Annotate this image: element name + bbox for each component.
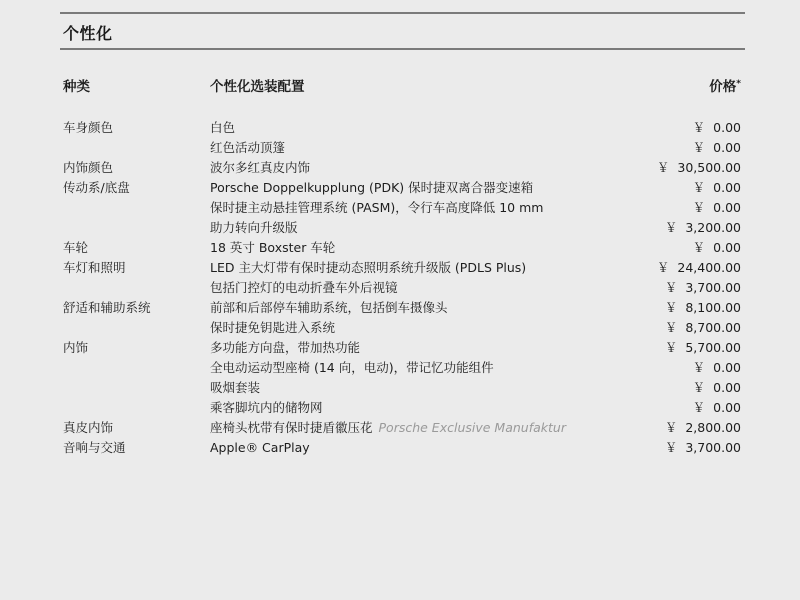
table-row: 内饰多功能方向盘，带加热功能￥5,700.00	[63, 338, 743, 358]
row-category: 内饰颜色	[63, 158, 113, 178]
row-price: ￥0.00	[693, 178, 741, 198]
row-option: 座椅头枕带有保时捷盾徽压花Porsche Exclusive Manufaktu…	[210, 418, 566, 438]
table-row: 舒适和辅助系统前部和后部停车辅助系统，包括倒车摄像头￥8,100.00	[63, 298, 743, 318]
row-category: 舒适和辅助系统	[63, 298, 151, 318]
table-row: 全电动运动型座椅 (14 向，电动)，带记忆功能组件￥0.00	[63, 358, 743, 378]
table-row: 车身颜色白色￥0.00	[63, 118, 743, 138]
table-row: 红色活动顶篷￥0.00	[63, 138, 743, 158]
row-option-label: 吸烟套装	[210, 380, 260, 395]
row-option-label: 前部和后部停车辅助系统，包括倒车摄像头	[210, 300, 448, 315]
row-price: ￥0.00	[693, 198, 741, 218]
row-price-amount: 0.00	[713, 140, 741, 155]
row-price: ￥5,700.00	[665, 338, 741, 358]
row-option: 白色	[210, 118, 235, 138]
table-row: 助力转向升级版￥3,200.00	[63, 218, 743, 238]
row-category: 音响与交通	[63, 438, 126, 458]
row-option-label: 18 英寸 Boxster 车轮	[210, 240, 335, 255]
price-footnote-mark: *	[736, 79, 741, 89]
row-price: ￥0.00	[693, 238, 741, 258]
row-price-amount: 30,500.00	[677, 160, 741, 175]
row-price-amount: 3,200.00	[685, 220, 741, 235]
section-title: 个性化	[63, 21, 113, 44]
table-row: 包括门控灯的电动折叠车外后视镜￥3,700.00	[63, 278, 743, 298]
yen-currency-icon: ￥	[693, 200, 706, 215]
row-price: ￥0.00	[693, 118, 741, 138]
row-option-label: 白色	[210, 120, 235, 135]
row-option: Porsche Doppelkupplung (PDK) 保时捷双离合器变速箱	[210, 178, 533, 198]
row-price: ￥2,800.00	[665, 418, 741, 438]
row-price-amount: 5,700.00	[685, 340, 741, 355]
row-category: 车灯和照明	[63, 258, 126, 278]
row-option: 包括门控灯的电动折叠车外后视镜	[210, 278, 398, 298]
yen-currency-icon: ￥	[665, 280, 678, 295]
row-price: ￥3,700.00	[665, 278, 741, 298]
top-divider	[60, 12, 745, 14]
row-price-amount: 0.00	[713, 120, 741, 135]
row-price-amount: 3,700.00	[685, 280, 741, 295]
row-option: 多功能方向盘，带加热功能	[210, 338, 360, 358]
table-row: 车轮18 英寸 Boxster 车轮￥0.00	[63, 238, 743, 258]
table-header: 种类 个性化选装配置 价格*	[63, 76, 743, 98]
header-price: 价格*	[709, 76, 741, 98]
table-row: 真皮内饰座椅头枕带有保时捷盾徽压花Porsche Exclusive Manuf…	[63, 418, 743, 438]
row-price: ￥0.00	[693, 378, 741, 398]
table-body: 车身颜色白色￥0.00红色活动顶篷￥0.00内饰颜色波尔多红真皮内饰￥30,50…	[63, 118, 743, 458]
row-price: ￥3,700.00	[665, 438, 741, 458]
row-price: ￥3,200.00	[665, 218, 741, 238]
yen-currency-icon: ￥	[693, 360, 706, 375]
row-option-label: 全电动运动型座椅 (14 向，电动)，带记忆功能组件	[210, 360, 494, 375]
title-divider	[60, 48, 745, 50]
yen-currency-icon: ￥	[657, 160, 670, 175]
table-row: 保时捷免钥匙进入系统￥8,700.00	[63, 318, 743, 338]
row-price: ￥8,700.00	[665, 318, 741, 338]
row-price: ￥8,100.00	[665, 298, 741, 318]
row-price-amount: 24,400.00	[677, 260, 741, 275]
row-option: LED 主大灯带有保时捷动态照明系统升级版 (PDLS Plus)	[210, 258, 526, 278]
yen-currency-icon: ￥	[693, 140, 706, 155]
header-price-label: 价格	[709, 79, 736, 95]
row-option: 助力转向升级版	[210, 218, 298, 238]
row-option: 保时捷主动悬挂管理系统 (PASM)，令行车高度降低 10 mm	[210, 198, 543, 218]
table-row: 内饰颜色波尔多红真皮内饰￥30,500.00	[63, 158, 743, 178]
row-price-amount: 3,700.00	[685, 440, 741, 455]
row-price-amount: 0.00	[713, 400, 741, 415]
row-option-label: 座椅头枕带有保时捷盾徽压花	[210, 420, 373, 435]
row-price-amount: 8,100.00	[685, 300, 741, 315]
row-option-note: Porsche Exclusive Manufaktur	[379, 420, 566, 435]
row-option: 吸烟套装	[210, 378, 260, 398]
row-option: 红色活动顶篷	[210, 138, 285, 158]
table-row: 吸烟套装￥0.00	[63, 378, 743, 398]
row-option: 波尔多红真皮内饰	[210, 158, 310, 178]
yen-currency-icon: ￥	[665, 300, 678, 315]
row-category: 传动系/底盘	[63, 178, 130, 198]
row-price: ￥0.00	[693, 358, 741, 378]
row-option-label: 多功能方向盘，带加热功能	[210, 340, 360, 355]
table-row: 车灯和照明LED 主大灯带有保时捷动态照明系统升级版 (PDLS Plus)￥2…	[63, 258, 743, 278]
yen-currency-icon: ￥	[693, 180, 706, 195]
row-option-label: Apple® CarPlay	[210, 440, 310, 455]
row-option-label: 红色活动顶篷	[210, 140, 285, 155]
row-option-label: 乘客脚坑内的储物网	[210, 400, 323, 415]
yen-currency-icon: ￥	[693, 240, 706, 255]
row-price-amount: 8,700.00	[685, 320, 741, 335]
row-option-label: 包括门控灯的电动折叠车外后视镜	[210, 280, 398, 295]
row-price-amount: 0.00	[713, 200, 741, 215]
row-category: 真皮内饰	[63, 418, 113, 438]
row-category: 内饰	[63, 338, 88, 358]
row-option-label: 保时捷主动悬挂管理系统 (PASM)，令行车高度降低 10 mm	[210, 200, 543, 215]
row-option: Apple® CarPlay	[210, 438, 310, 458]
row-price: ￥0.00	[693, 138, 741, 158]
options-price-table: 种类 个性化选装配置 价格* 车身颜色白色￥0.00红色活动顶篷￥0.00内饰颜…	[63, 76, 743, 458]
yen-currency-icon: ￥	[693, 400, 706, 415]
row-option-label: 保时捷免钥匙进入系统	[210, 320, 335, 335]
table-row: 乘客脚坑内的储物网￥0.00	[63, 398, 743, 418]
row-option: 乘客脚坑内的储物网	[210, 398, 323, 418]
row-option: 18 英寸 Boxster 车轮	[210, 238, 335, 258]
yen-currency-icon: ￥	[665, 440, 678, 455]
table-row: 保时捷主动悬挂管理系统 (PASM)，令行车高度降低 10 mm￥0.00	[63, 198, 743, 218]
row-option-label: Porsche Doppelkupplung (PDK) 保时捷双离合器变速箱	[210, 180, 533, 195]
yen-currency-icon: ￥	[665, 220, 678, 235]
header-category: 种类	[63, 76, 90, 98]
row-price: ￥0.00	[693, 398, 741, 418]
row-price-amount: 0.00	[713, 180, 741, 195]
row-price: ￥24,400.00	[657, 258, 741, 278]
row-price-amount: 0.00	[713, 380, 741, 395]
yen-currency-icon: ￥	[665, 340, 678, 355]
row-option-label: 助力转向升级版	[210, 220, 298, 235]
row-price-amount: 0.00	[713, 240, 741, 255]
row-price-amount: 2,800.00	[685, 420, 741, 435]
yen-currency-icon: ￥	[693, 380, 706, 395]
table-row: 音响与交通Apple® CarPlay￥3,700.00	[63, 438, 743, 458]
row-option-label: 波尔多红真皮内饰	[210, 160, 310, 175]
row-option: 保时捷免钥匙进入系统	[210, 318, 335, 338]
yen-currency-icon: ￥	[693, 120, 706, 135]
header-option: 个性化选装配置	[210, 76, 305, 98]
yen-currency-icon: ￥	[665, 320, 678, 335]
row-option: 全电动运动型座椅 (14 向，电动)，带记忆功能组件	[210, 358, 494, 378]
row-option: 前部和后部停车辅助系统，包括倒车摄像头	[210, 298, 448, 318]
yen-currency-icon: ￥	[657, 260, 670, 275]
row-option-label: LED 主大灯带有保时捷动态照明系统升级版 (PDLS Plus)	[210, 260, 526, 275]
yen-currency-icon: ￥	[665, 420, 678, 435]
row-category: 车轮	[63, 238, 88, 258]
table-row: 传动系/底盘Porsche Doppelkupplung (PDK) 保时捷双离…	[63, 178, 743, 198]
row-price: ￥30,500.00	[657, 158, 741, 178]
row-price-amount: 0.00	[713, 360, 741, 375]
row-category: 车身颜色	[63, 118, 113, 138]
